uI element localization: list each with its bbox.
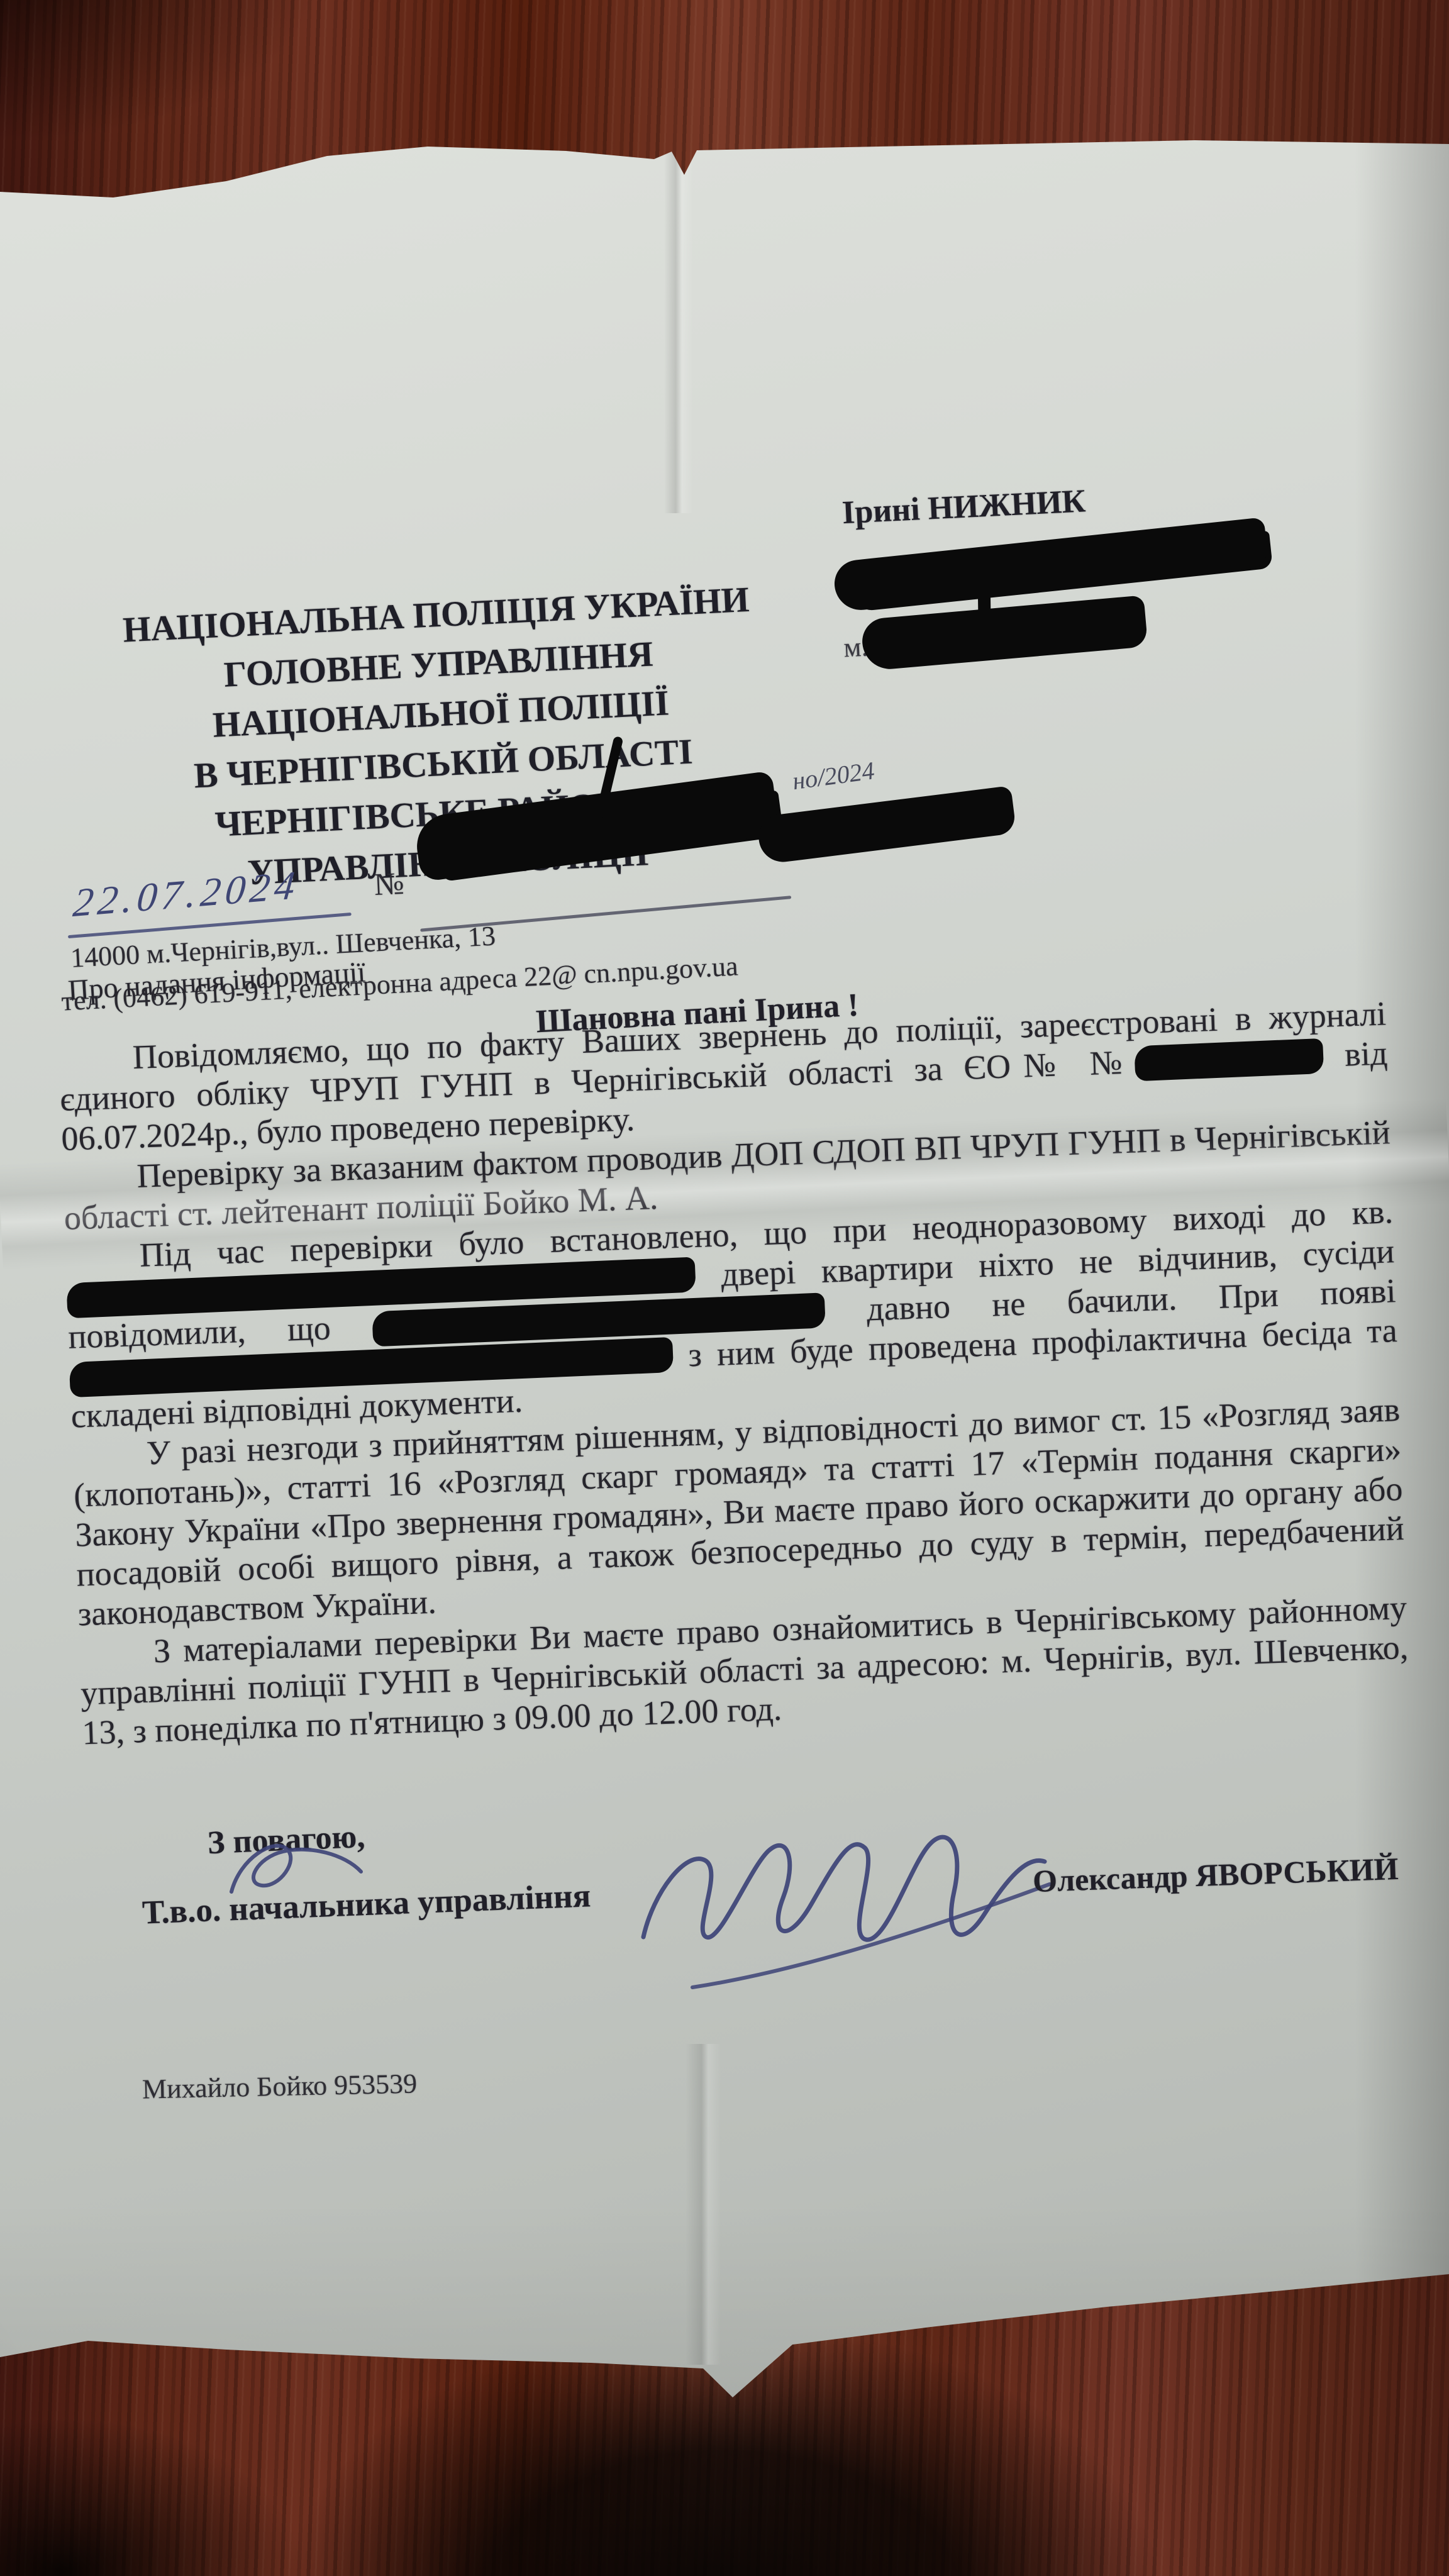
redaction-bar xyxy=(860,595,1148,671)
signer-name: Олександр ЯВОРСЬКИЙ xyxy=(1032,1850,1399,1899)
paper-fold-crease xyxy=(686,2044,721,2365)
redaction-bar xyxy=(1134,1038,1324,1082)
letter-paper: НАЦІОНАЛЬНА ПОЛІЦІЯ УКРАЇНИ ГОЛОВНЕ УПРА… xyxy=(0,0,1449,2576)
executor-line: Михайло Бойко 953539 xyxy=(142,2067,418,2105)
handwritten-date: 22.07.2024 xyxy=(71,862,301,926)
document-photo: НАЦІОНАЛЬНА ПОЛІЦІЯ УКРАЇНИ ГОЛОВНЕ УПРА… xyxy=(0,0,1449,2576)
signer-position-title: Т.в.о. начальника управління xyxy=(142,1877,591,1931)
body-paragraphs: Повідомляємо, що по факту Ваших звернень… xyxy=(58,994,1410,1753)
recipient-block: Ірині НИЖНИК Б м. Чер xyxy=(841,472,1316,696)
paper-fold-crease xyxy=(664,130,693,513)
redaction-bar xyxy=(832,517,1269,613)
number-label: № xyxy=(373,865,404,902)
handwritten-underline xyxy=(420,896,791,932)
handwritten-signature xyxy=(632,1785,1060,2011)
